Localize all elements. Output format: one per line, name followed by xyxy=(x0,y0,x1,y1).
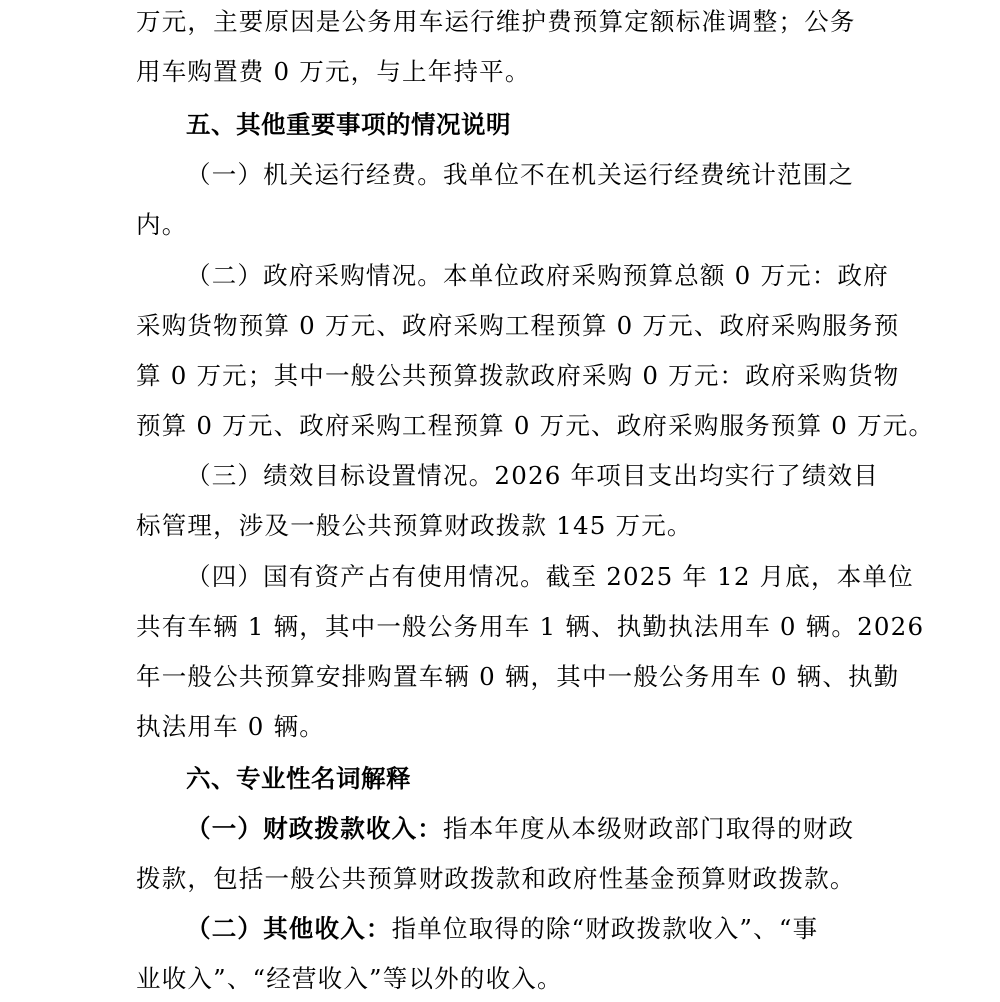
section-title: 五、其他重要事项的情况说明 xyxy=(186,110,511,139)
body-line: 预算 0 万元、政府采购工程预算 0 万元、政府采购服务预算 0 万元。 xyxy=(136,411,876,441)
section-heading-five: 五、其他重要事项的情况说明 xyxy=(186,110,926,140)
document-page: 万元，主要原因是公务用车运行维护费预算定额标准调整；公务 用车购置费 0 万元，… xyxy=(0,0,1000,1002)
body-text: 共有车辆 1 辆，其中一般公务用车 1 辆、执勤执法用车 0 辆。2026 xyxy=(136,612,924,641)
term-label: （一）财政拨款收入： xyxy=(186,814,443,843)
body-text: 指单位取得的除“财政拨款收入”、“事 xyxy=(392,914,819,943)
body-text: 我单位不在机关运行经费统计范围之 xyxy=(443,160,854,189)
section-heading-six: 六、专业性名词解释 xyxy=(186,764,926,794)
item-label: （三）绩效目标设置情况。 xyxy=(186,461,494,490)
body-text: 标管理，涉及一般公共预算财政拨款 145 万元。 xyxy=(136,511,693,540)
body-text: 执法用车 0 辆。 xyxy=(136,712,325,741)
item-label: （二）政府采购情况。 xyxy=(186,261,443,290)
term-other-income: （二）其他收入：指单位取得的除“财政拨款收入”、“事 xyxy=(186,914,926,944)
item-label: （一）机关运行经费。 xyxy=(186,160,443,189)
body-text: 万元，主要原因是公务用车运行维护费预算定额标准调整；公务 xyxy=(136,7,856,36)
body-line: 标管理，涉及一般公共预算财政拨款 145 万元。 xyxy=(136,511,876,541)
body-line: 采购货物预算 0 万元、政府采购工程预算 0 万元、政府采购服务预 xyxy=(136,311,876,341)
body-text: 本单位政府采购预算总额 0 万元：政府 xyxy=(443,261,889,290)
body-text: 年一般公共预算安排购置车辆 0 辆，其中一般公务用车 0 辆、执勤 xyxy=(136,662,899,691)
body-text: 截至 2025 年 12 月底，本单位 xyxy=(546,562,914,591)
body-text: 采购货物预算 0 万元、政府采购工程预算 0 万元、政府采购服务预 xyxy=(136,311,899,340)
item-government-procurement: （二）政府采购情况。本单位政府采购预算总额 0 万元：政府 xyxy=(186,261,926,291)
body-text: 算 0 万元；其中一般公共预算拨款政府采购 0 万元：政府采购货物 xyxy=(136,361,899,390)
item-state-assets: （四）国有资产占有使用情况。截至 2025 年 12 月底，本单位 xyxy=(186,562,926,592)
body-line: 业收入”、“经营收入”等以外的收入。 xyxy=(136,964,876,994)
term-fiscal-appropriation-income: （一）财政拨款收入：指本年度从本级财政部门取得的财政 xyxy=(186,814,926,844)
body-text: 指本年度从本级财政部门取得的财政 xyxy=(443,814,854,843)
body-text: 预算 0 万元、政府采购工程预算 0 万元、政府采购服务预算 0 万元。 xyxy=(136,411,934,440)
item-performance-targets: （三）绩效目标设置情况。2026 年项目支出均实行了绩效目 xyxy=(186,461,926,491)
body-text: 内。 xyxy=(136,210,187,239)
term-label: （二）其他收入： xyxy=(186,914,392,943)
body-line: 内。 xyxy=(136,210,876,240)
body-line: 用车购置费 0 万元，与上年持平。 xyxy=(136,57,876,87)
item-operating-expenses: （一）机关运行经费。我单位不在机关运行经费统计范围之 xyxy=(186,160,926,190)
body-line: 万元，主要原因是公务用车运行维护费预算定额标准调整；公务 xyxy=(136,7,876,37)
item-label: （四）国有资产占有使用情况。 xyxy=(186,562,546,591)
body-text: 拨款，包括一般公共预算财政拨款和政府性基金预算财政拨款。 xyxy=(136,864,856,893)
body-text: 2026 年项目支出均实行了绩效目 xyxy=(494,461,879,490)
section-title: 六、专业性名词解释 xyxy=(186,764,411,793)
body-line: 共有车辆 1 辆，其中一般公务用车 1 辆、执勤执法用车 0 辆。2026 xyxy=(136,612,876,642)
body-line: 拨款，包括一般公共预算财政拨款和政府性基金预算财政拨款。 xyxy=(136,864,876,894)
body-text: 用车购置费 0 万元，与上年持平。 xyxy=(136,57,531,86)
body-line: 年一般公共预算安排购置车辆 0 辆，其中一般公务用车 0 辆、执勤 xyxy=(136,662,876,692)
body-line: 算 0 万元；其中一般公共预算拨款政府采购 0 万元：政府采购货物 xyxy=(136,361,876,391)
body-text: 业收入”、“经营收入”等以外的收入。 xyxy=(136,964,563,993)
body-line: 执法用车 0 辆。 xyxy=(136,712,876,742)
